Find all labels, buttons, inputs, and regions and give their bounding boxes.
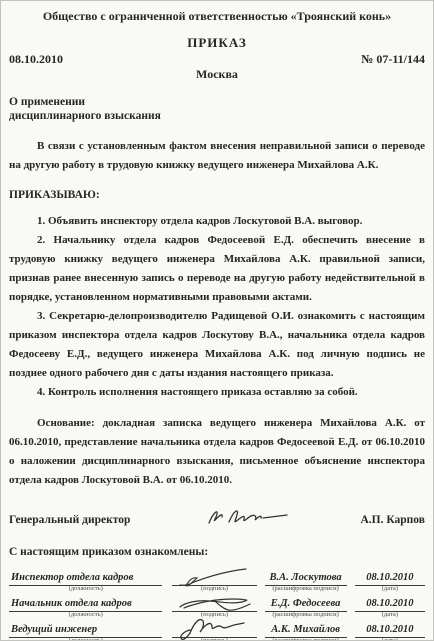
director-title: Генеральный директор [9,512,130,528]
director-signature-row: Генеральный директор А.П. Карпов [9,504,425,528]
date-cell: 08.10.2010 (дата) [355,567,425,586]
name-caption: (расшифровка подписи) [265,611,347,619]
position-caption: (должность) [9,585,162,593]
position-cell: Инспектор отдела кадров (должность) [9,567,162,586]
name-caption: (расшифровка подписи) [265,637,347,641]
order-item-1: 1. Объявить инспектору отдела кадров Лос… [9,212,425,231]
date-text: 08.10.2010 [366,572,413,583]
date-text: 08.10.2010 [366,624,413,635]
position-caption: (должность) [9,611,162,619]
signature-caption: (подпись) [172,637,256,641]
date-caption: (дата) [355,637,425,641]
document-type-title: ПРИКАЗ [9,35,425,50]
signature-cell: (подпись) [172,611,256,612]
ack-row-inspector: Инспектор отдела кадров (должность) (под… [9,564,425,586]
date-number-row: 08.10.2010 № 07-11/144 [9,52,425,67]
basis-paragraph: Основание: докладная записка ведущего ин… [9,414,425,490]
position-text: Инспектор отдела кадров [9,572,133,583]
position-cell: Начальник отдела кадров (должность) [9,593,162,612]
intro-paragraph: В связи с установленным фактом внесения … [9,137,425,175]
date-caption: (дата) [355,611,425,619]
order-document: Общество с ограниченной ответственностью… [0,0,434,641]
order-item-4: 4. Контроль исполнения настоящего приказ… [9,383,425,402]
date-caption: (дата) [355,585,425,593]
ack-heading: С настоящим приказом ознакомлены: [9,544,425,560]
order-item-3: 3. Секретарю-делопроизводителю Радищевой… [9,307,425,383]
document-subject: О применении дисциплинарного взыскания [9,95,425,123]
date-cell: 08.10.2010 (дата) [355,619,425,638]
ack-row-head-of-hr: Начальник отдела кадров (должность) (под… [9,590,425,612]
position-text: Начальник отдела кадров [9,598,132,609]
name-cell: Е.Д. Федосеева (расшифровка подписи) [265,593,347,612]
position-cell: Ведущий инженер (должность) [9,619,162,638]
position-caption: (должность) [9,637,162,641]
document-city: Москва [9,67,425,82]
date-cell: 08.10.2010 (дата) [355,593,425,612]
signature-cell: (подпись) [172,637,256,638]
director-name: А.П. Карпов [360,512,425,528]
document-date: 08.10.2010 [9,52,63,67]
ack-row-lead-engineer: Ведущий инженер (должность) (подпись) А.… [9,616,425,638]
order-items: 1. Объявить инспектору отдела кадров Лос… [9,212,425,402]
document-number: № 07-11/144 [361,52,425,67]
director-signature [199,504,291,528]
name-text: В.А. Лоскутова [270,572,342,583]
subject-line-1: О применении [9,95,425,109]
position-text: Ведущий инженер [9,624,97,635]
signature-cell: (подпись) [172,585,256,586]
name-text: А.К. Михайлов [271,624,340,635]
organization-name: Общество с ограниченной ответственностью… [9,9,425,24]
order-word: ПРИКАЗЫВАЮ: [9,186,425,205]
name-caption: (расшифровка подписи) [265,585,347,593]
name-cell: В.А. Лоскутова (расшифровка подписи) [265,567,347,586]
order-item-2: 2. Начальнику отдела кадров Федосеевой Е… [9,231,425,307]
subject-line-2: дисциплинарного взыскания [9,109,425,123]
name-text: Е.Д. Федосеева [271,598,341,609]
date-text: 08.10.2010 [366,598,413,609]
name-cell: А.К. Михайлов (расшифровка подписи) [265,619,347,638]
